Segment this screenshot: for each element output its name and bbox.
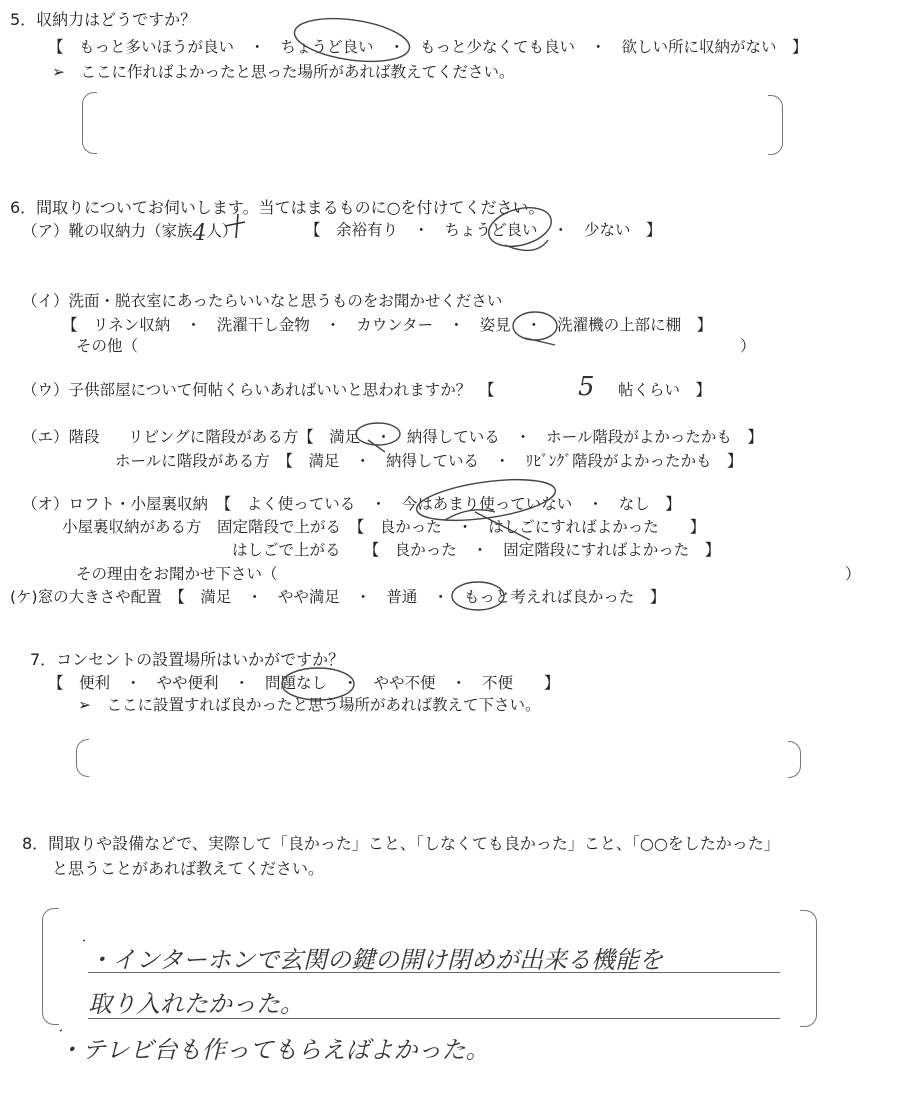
q6o-sub1[interactable]: 小屋裏収納がある方 固定階段で上がる 【 良かった ・ はしごにすればよかった … (62, 517, 705, 537)
q6e-row2[interactable]: ホールに階段がある方 【 満足 ・ 納得している ・ ﾘﾋﾞﾝｸﾞ階段がよかった… (115, 451, 742, 471)
q7-title: 7．コンセントの設置場所はいかがですか？ (30, 650, 344, 670)
q6a-label: （ア）靴の収納力（家族4人） (22, 220, 238, 241)
q5-options[interactable]: 【 もっと多いほうが良い ・ ちょうど良い ・ もっと少なくても良い ・ 欲しい… (48, 37, 808, 57)
q6u-value[interactable]: 5 (578, 372, 595, 402)
q6o-sub2[interactable]: はしごで上がる 【 良かった ・ 固定階段にすればよかった 】 (232, 540, 720, 560)
q6o-label[interactable]: （オ）ロフト・小屋裏収納 【 よく使っている ・ 今はあまり使っていない ・ な… (22, 494, 681, 514)
q5-answer-box-left (82, 92, 97, 154)
q8-answer-rule-2 (88, 1018, 780, 1019)
q6i-other-close: ） (740, 336, 756, 356)
q6a-family-count[interactable]: 4 (193, 221, 207, 246)
q8-answer-line-3[interactable]: ・テレビ台も作ってもらえばよかった。 (58, 1030, 490, 1065)
q6i-other-label: その他（ (76, 336, 138, 356)
q5-sub-prompt: ➢ ここに作ればよかったと思った場所があれば教えてください。 (52, 62, 515, 82)
q7-sub-prompt: ➢ ここに設置すれば良かったと思う場所があれば教えて下さい。 (78, 695, 541, 715)
q7-answer-box-right (788, 741, 801, 778)
q6u-unit: 帖くらい 】 (618, 380, 711, 400)
q6e-label: （エ）階段 (22, 427, 100, 447)
q6ke-label[interactable]: (ケ)窓の大きさや配置 【 満足 ・ やや満足 ・ 普通 ・ もっと考えれば良か… (10, 587, 665, 607)
q7-options[interactable]: 【 便利 ・ やや便利 ・ 問題なし ・ やや不便 ・ 不便 】 (48, 673, 560, 693)
q8-title-line2: と思うことがあれば教えてください。 (52, 859, 324, 879)
q6-title: 6．間取りについてお伺いします。当てはまるものに○を付けてください。 (10, 198, 545, 218)
q8-answer-box-right (800, 910, 817, 1027)
q8-title-line1: 8．間取りや設備などで、実際して「良かった」こと、「しなくても良かった」こと、「… (22, 834, 780, 854)
q6i-options[interactable]: 【 リネン収納 ・ 洗濯干し金物 ・ カウンター ・ 姿見 ・ 洗濯機の上部に棚… (62, 315, 712, 335)
q8-answer-rule-1 (88, 972, 780, 973)
q5-title: 5．収納力はどうですか？ (10, 10, 196, 30)
q8-answer-line-1[interactable]: ・インターホンで玄関の鍵の開け閉めが出来る機能を (88, 940, 663, 975)
q7-answer-box-left (76, 739, 89, 777)
q6u-label: （ウ）子供部屋について何帖くらいあればいいと思われますか？ 【 (22, 380, 494, 400)
q8-answer-box-left (42, 908, 59, 1025)
q6i-label: （イ）洗面・脱衣室にあったらいいなと思うものをお聞かせください (22, 291, 502, 311)
q6e-row1[interactable]: リビングに階段がある方【 満足 ・ 納得している ・ ホール階段がよかったかも … (128, 427, 763, 447)
q5-answer-box-right (768, 95, 783, 155)
q6o-reason-label: その理由をお聞かせ下さい（ (76, 564, 278, 584)
q8-answer-line-2[interactable]: 取り入れたかった。 (88, 984, 304, 1019)
q6a-options[interactable]: 【 余裕有り ・ ちょうど良い ・ 少ない 】 (305, 220, 662, 240)
q6o-reason-close: ） (845, 564, 861, 584)
